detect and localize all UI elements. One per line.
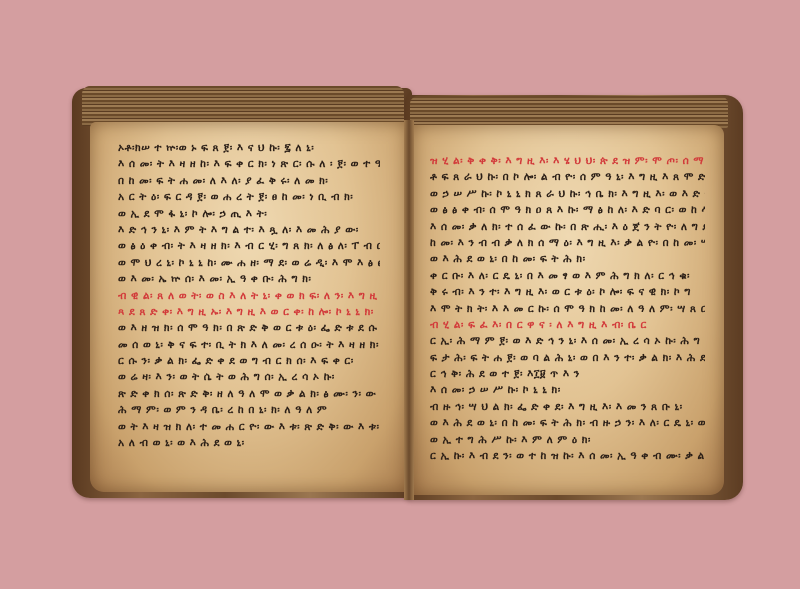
manuscript-line: ወ እ ሕ ደ ወ ኒ፡ በ ከ መ፡ ፍ ት ሕ ክ፡ bbox=[430, 251, 705, 267]
manuscript-line: ብ ሂ ል፡ ፍ ፈ እ፡ በ ር ዋ ና ፡ ለ እ ግ ዚ እ ብ፡ ቤ ር bbox=[430, 317, 705, 333]
left-page-edges bbox=[82, 86, 404, 126]
manuscript-line: ብ ዙ ኅ፡ ሣ ህ ል ክ፡ ፌ ድ ቀ ደ፡ እ ግ ዚ እ፡ እ መ ን … bbox=[430, 399, 705, 415]
manuscript-line: ወ ሞ ህ ረ ኒ፡ ኮ ኒ ኒ ከ፡ ሙ ሐ ዘ፡ ማ ደ፡ ወ ሬ ዲ፡ እ… bbox=[118, 255, 380, 271]
manuscript-line: ቅ ሩ ብ፡ እ ን ተ፡ እ ግ ዚ እ፡ ወ ር ቱ ዕ፡ ኮ ሎ፡ ፍ ና… bbox=[430, 284, 705, 300]
manuscript-line: ወ እ ሕ ደ ወ ኒ፡ በ ከ መ፡ ፍ ት ሕ ክ፡ ብ ዙ ኃ ን፡ እ … bbox=[430, 415, 705, 431]
manuscript-line: እ ሰ መ፡ ት እ ዛ ዘ ከ፡ እ ፍ ቀ ር ክ፡ ነ ጽ ር፡ ሱ ለ … bbox=[118, 156, 380, 172]
manuscript-line: ቶ ፍ ጸ ራ ህ ኩ፡ በ ኮ ሎ፡ ል ብ ዮ፡ ሰ ም ዓ ኒ፡ እ ግ … bbox=[430, 169, 705, 185]
manuscript-line: ዝ ሂ ል፡ ቅ ቀ ቅ፡ እ ግ ዚ እ፡ እ ሄ ህ ህ፡ ጵ ደ ዝ ም፡… bbox=[430, 153, 705, 169]
manuscript-line: ር ኢ፡ ሕ ማ ም ፻፡ ወ እ ድ ኅ ን ኒ፡ እ ሰ መ፡ ኢ ረ ሳ … bbox=[430, 333, 705, 349]
right-page-text: ዝ ሂ ል፡ ቅ ቀ ቅ፡ እ ግ ዚ እ፡ እ ሄ ህ ህ፡ ጵ ደ ዝ ም፡… bbox=[430, 153, 705, 464]
manuscript-line: ወ ኢ ተ ግ ሕ ሥ ኩ፡ እ ም ለ ም ዕ ክ፡ bbox=[430, 432, 705, 448]
manuscript-line: እ ሰ መ፡ ቃ ለ ክ፡ ተ ሰ ፈ ው ኩ፡ በ ጽ ሒ፡ እ ዕ ጀ ን … bbox=[430, 219, 705, 235]
manuscript-line: እ ድ ኅ ን ኒ፡ እ ም ት እ ግ ል ተ፡ እ ጿ ለ፡ እ መ ሕ ያ… bbox=[118, 222, 380, 238]
manuscript-line: ወ እ ዘ ዝ ክ፡ ሰ ሞ ዓ ክ፡ በ ጽ ድ ቅ ወ ር ቱ ዕ፡ ፌ ድ… bbox=[118, 320, 380, 336]
book-gutter bbox=[404, 120, 414, 500]
manuscript-line: ር ኅ ቅ፡ ሕ ደ ወ ተ ፻፡ እ፲፱ ጥ እ ን bbox=[430, 366, 705, 382]
manuscript-line: ወ ፅ ዕ ቀ ብ፡ ት እ ዛ ዘ ክ፡ እ ብ ር ሂ፡ ግ ጸ ክ፡ ለ … bbox=[118, 238, 380, 254]
manuscript-line: ሕ ማ ም፡ ወ ም ን ዳ ቤ፡ ረ ከ በ ኒ፡ ክ፡ ለ ዓ ለ ም bbox=[118, 402, 380, 418]
manuscript-line: ወ ኃ ሠ ሥ ኩ፡ ኮ ኒ ኒ ክ ጸ ራ ህ ኩ፡ ኅ ቤ ክ፡ እ ግ ዚ… bbox=[430, 186, 705, 202]
manuscript-line: ር ኢ ኩ፡ እ ብ ደ ን፡ ወ ተ ከ ዝ ኩ፡ እ ሰ መ፡ ኢ ዓ ቀ … bbox=[430, 448, 705, 464]
manuscript-line: ር ሱ ን፡ ቃ ል ክ፡ ፌ ድ ቀ ደ ወ ግ ብ ር ክ ሰ፡ እ ፍ ቀ… bbox=[118, 353, 380, 369]
manuscript-line: አ ለ ብ ወ ኒ፡ ወ እ ሕ ደ ወ ኒ፡ bbox=[118, 435, 380, 451]
manuscript-line: ከ መ፡ እ ን ብ ብ ቃ ለ ክ ሰ ማ ዕ፡ እ ግ ዚ እ፡ ቃ ል ዮ… bbox=[430, 235, 705, 251]
manuscript-line: ጻ ደ ጸ ድ ቀ፡ እ ግ ዚ ኡ፡ እ ግ ዚ እ ወ ር ቀ፡ ከ ሎ፡ … bbox=[118, 304, 380, 320]
manuscript-line: ወ ፅ ፅ ቀ ብ፡ ሰ ሞ ዓ ክ ዐ ጸ እ ኩ፡ ማ ፅ ከ ለ፡ እ ድ… bbox=[430, 202, 705, 218]
manuscript-line: ወ ሬ ዛ፡ እ ን፡ ወ ት ሴ ት ወ ሕ ግ ሰ፡ ኢ ረ ሳ ኦ ኩ፡ bbox=[118, 369, 380, 385]
left-page-text: ኦቶ፡ክሠ ተ ኵ፡ወ ኑ ፍ ጸ ፻፡ እ ና ህ ኩ፡ ፯ ለ ኒ፡እ ሰ … bbox=[118, 140, 380, 451]
manuscript-line: ቀ ር ቡ፡ እ ለ፡ ር ዴ ኒ፡ በ እ መ ፃ ወ እ ም ሕ ግ ክ ለ… bbox=[430, 268, 705, 284]
manuscript-line: እ ሞ ት ክ ት፡ እ እ መ ር ኩ፡ ሰ ሞ ዓ ክ ከ መ፡ ለ ዓ ለ… bbox=[430, 301, 705, 317]
manuscript-line: በ ከ መ፡ ፍ ት ሐ መ፡ ለ እ ለ፡ ያ ፈ ቅ ሩ፡ ለ መ ክ፡ bbox=[118, 173, 380, 189]
open-manuscript: ኦቶ፡ክሠ ተ ኵ፡ወ ኑ ፍ ጸ ፻፡ እ ና ህ ኩ፡ ፯ ለ ኒ፡እ ሰ … bbox=[0, 0, 800, 589]
manuscript-line: ኦቶ፡ክሠ ተ ኵ፡ወ ኑ ፍ ጸ ፻፡ እ ና ህ ኩ፡ ፯ ለ ኒ፡ bbox=[118, 140, 380, 156]
manuscript-line: ወ ኢ ደ ሞ ፋ ኒ፡ ኮ ሎ፡ ኃ ጢ እ ት፡ bbox=[118, 206, 380, 222]
manuscript-line: ጽ ድ ቀ ክ ሰ፡ ጽ ድ ቅ፡ ዘ ለ ዓ ለ ሞ ወ ቃ ል ክ፡ ፅ ሙ… bbox=[118, 386, 380, 402]
manuscript-line: መ ሰ ወ ኒ፡ ቅ ና ፍ ተ፡ ቢ ት ክ እ ለ መ፡ ረ ሰ ዑ፡ ት … bbox=[118, 337, 380, 353]
manuscript-line: ወ እ መ፡ ኤ ኵ ሰ፡ እ መ፡ ኢ ዓ ቀ ቡ፡ ሕ ግ ክ፡ bbox=[118, 271, 380, 287]
manuscript-line: እ ሰ መ፡ ኃ ሠ ሥ ኩ፡ ኮ ኒ ኒ ክ፡ bbox=[430, 382, 705, 398]
manuscript-line: አ ር ት ዕ፡ ፍ ር ዳ ፻፡ ወ ሐ ረ ት ፻፡ ፀ ከ መ፡ ነ ቢ … bbox=[118, 189, 380, 205]
right-page-edges bbox=[410, 96, 728, 128]
manuscript-line: ፍ ታ ሕ፡ ፍ ት ሐ ፻፡ ወ ባ ል ሕ ኒ፡ ወ በ እ ን ተ፡ ቃ … bbox=[430, 350, 705, 366]
manuscript-line: ወ ት እ ዛ ዝ ክ ለ፡ ተ መ ሐ ር ዮ፡ ው እ ቱ፡ ጽ ድ ቅ፡ … bbox=[118, 419, 380, 435]
manuscript-line: ብ ዊ ል፡ ጸ ለ ወ ት፡ ወ ስ እ ለ ት ኒ፡ ቀ ወ ክ ፍ፡ ለ … bbox=[118, 288, 380, 304]
